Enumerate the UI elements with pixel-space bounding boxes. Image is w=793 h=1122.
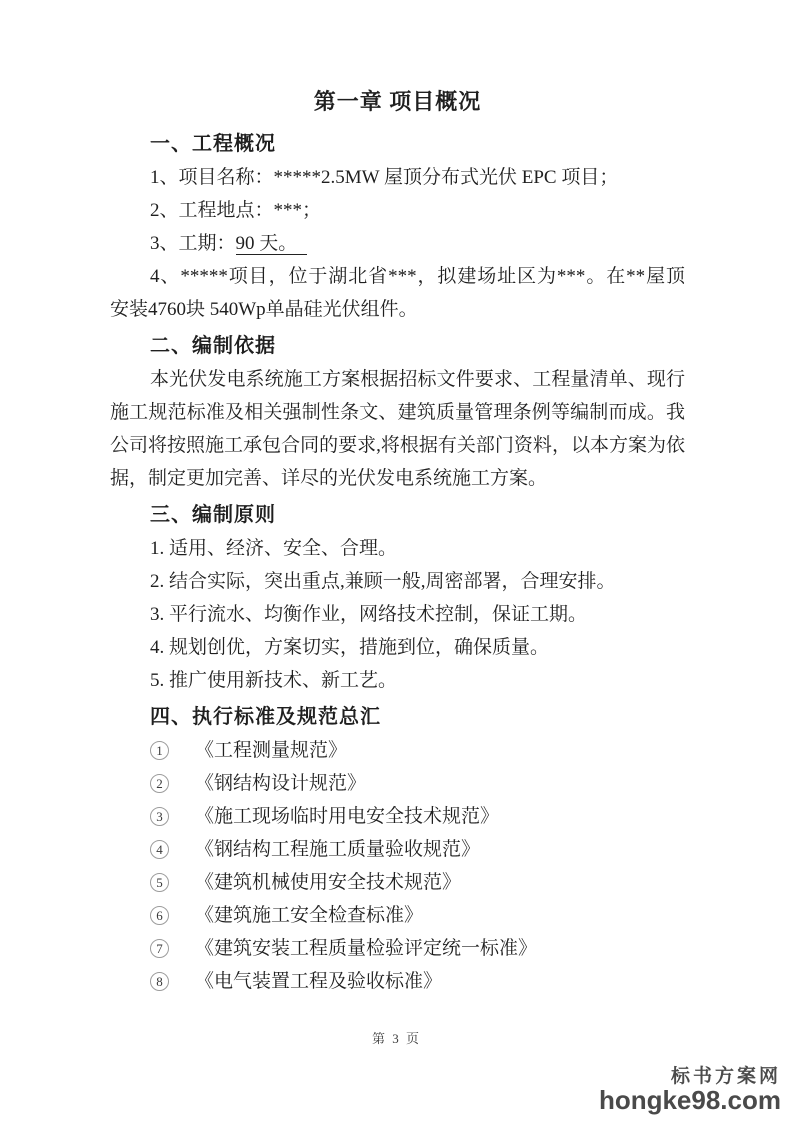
standard-row: 1 《工程测量规范》 <box>150 734 685 767</box>
standard-title: 《施工现场临时用电安全技术规范》 <box>195 800 499 833</box>
principle-item-2: 2. 结合实际，突出重点,兼顾一般,周密部署，合理安排。 <box>150 565 685 598</box>
principle-item-1: 1. 适用、经济、安全、合理。 <box>150 532 685 565</box>
standard-row: 8 《电气装置工程及验收标准》 <box>150 965 685 998</box>
circled-number-icon: 8 <box>150 972 169 991</box>
project-description-line1: 4、*****项目，位于湖北省***，拟建场址区为***。在**屋顶 <box>110 260 685 293</box>
watermark: 标书方案网 hongke98.com <box>599 1067 781 1114</box>
basis-paragraph-line4: 据，制定更加完善、详尽的光伏发电系统施工方案。 <box>110 462 685 495</box>
standard-title: 《建筑机械使用安全技术规范》 <box>195 866 461 899</box>
chapter-title: 第一章 项目概况 <box>110 88 685 116</box>
standard-row: 6 《建筑施工安全检查标准》 <box>150 899 685 932</box>
principle-item-5: 5. 推广使用新技术、新工艺。 <box>150 664 685 697</box>
document-page: 第一章 项目概况 一、工程概况 1、项目名称：*****2.5MW 屋顶分布式光… <box>0 0 793 1122</box>
standard-row: 4 《钢结构工程施工质量验收规范》 <box>150 833 685 866</box>
standard-row: 3 《施工现场临时用电安全技术规范》 <box>150 800 685 833</box>
principle-item-4: 4. 规划创优，方案切实，措施到位，确保质量。 <box>150 631 685 664</box>
standard-title: 《钢结构设计规范》 <box>195 767 366 800</box>
watermark-site-url: hongke98.com <box>599 1087 781 1114</box>
page-number: 第 3 页 <box>0 1028 793 1047</box>
project-duration-item: 3、工期：90 天。 <box>150 227 685 260</box>
section4-heading: 四、执行标准及规范总汇 <box>150 701 685 734</box>
standard-title: 《建筑施工安全检查标准》 <box>195 899 423 932</box>
principle-item-3: 3. 平行流水、均衡作业，网络技术控制，保证工期。 <box>150 598 685 631</box>
circled-number-icon: 1 <box>150 741 169 760</box>
standard-title: 《工程测量规范》 <box>195 734 347 767</box>
basis-paragraph-line3: 公司将按照施工承包合同的要求,将根据有关部门资料，以本方案为依 <box>110 429 685 462</box>
watermark-site-name: 标书方案网 <box>599 1067 781 1087</box>
duration-value-underlined: 90 天。 <box>236 233 308 255</box>
circled-number-icon: 3 <box>150 807 169 826</box>
standard-title: 《建筑安装工程质量检验评定统一标准》 <box>195 932 537 965</box>
standard-title: 《电气装置工程及验收标准》 <box>195 965 442 998</box>
basis-paragraph-line1: 本光伏发电系统施工方案根据招标文件要求、工程量清单、现行 <box>110 363 685 396</box>
standard-row: 5 《建筑机械使用安全技术规范》 <box>150 866 685 899</box>
duration-label: 3、工期： <box>150 233 236 254</box>
circled-number-icon: 4 <box>150 840 169 859</box>
section1-heading: 一、工程概况 <box>150 128 685 161</box>
document-content: 第一章 项目概况 一、工程概况 1、项目名称：*****2.5MW 屋顶分布式光… <box>110 88 685 998</box>
project-description-line2: 安装4760块 540Wp单晶硅光伏组件。 <box>110 293 685 326</box>
standard-row: 2 《钢结构设计规范》 <box>150 767 685 800</box>
circled-number-icon: 2 <box>150 774 169 793</box>
section3-heading: 三、编制原则 <box>150 499 685 532</box>
section2-heading: 二、编制依据 <box>150 330 685 363</box>
circled-number-icon: 5 <box>150 873 169 892</box>
circled-number-icon: 7 <box>150 939 169 958</box>
standard-title: 《钢结构工程施工质量验收规范》 <box>195 833 480 866</box>
project-name-item: 1、项目名称：*****2.5MW 屋顶分布式光伏 EPC 项目； <box>150 161 685 194</box>
standard-row: 7 《建筑安装工程质量检验评定统一标准》 <box>150 932 685 965</box>
project-location-item: 2、工程地点：***； <box>150 194 685 227</box>
basis-paragraph-line2: 施工规范标准及相关强制性条文、建筑质量管理条例等编制而成。我 <box>110 396 685 429</box>
circled-number-icon: 6 <box>150 906 169 925</box>
